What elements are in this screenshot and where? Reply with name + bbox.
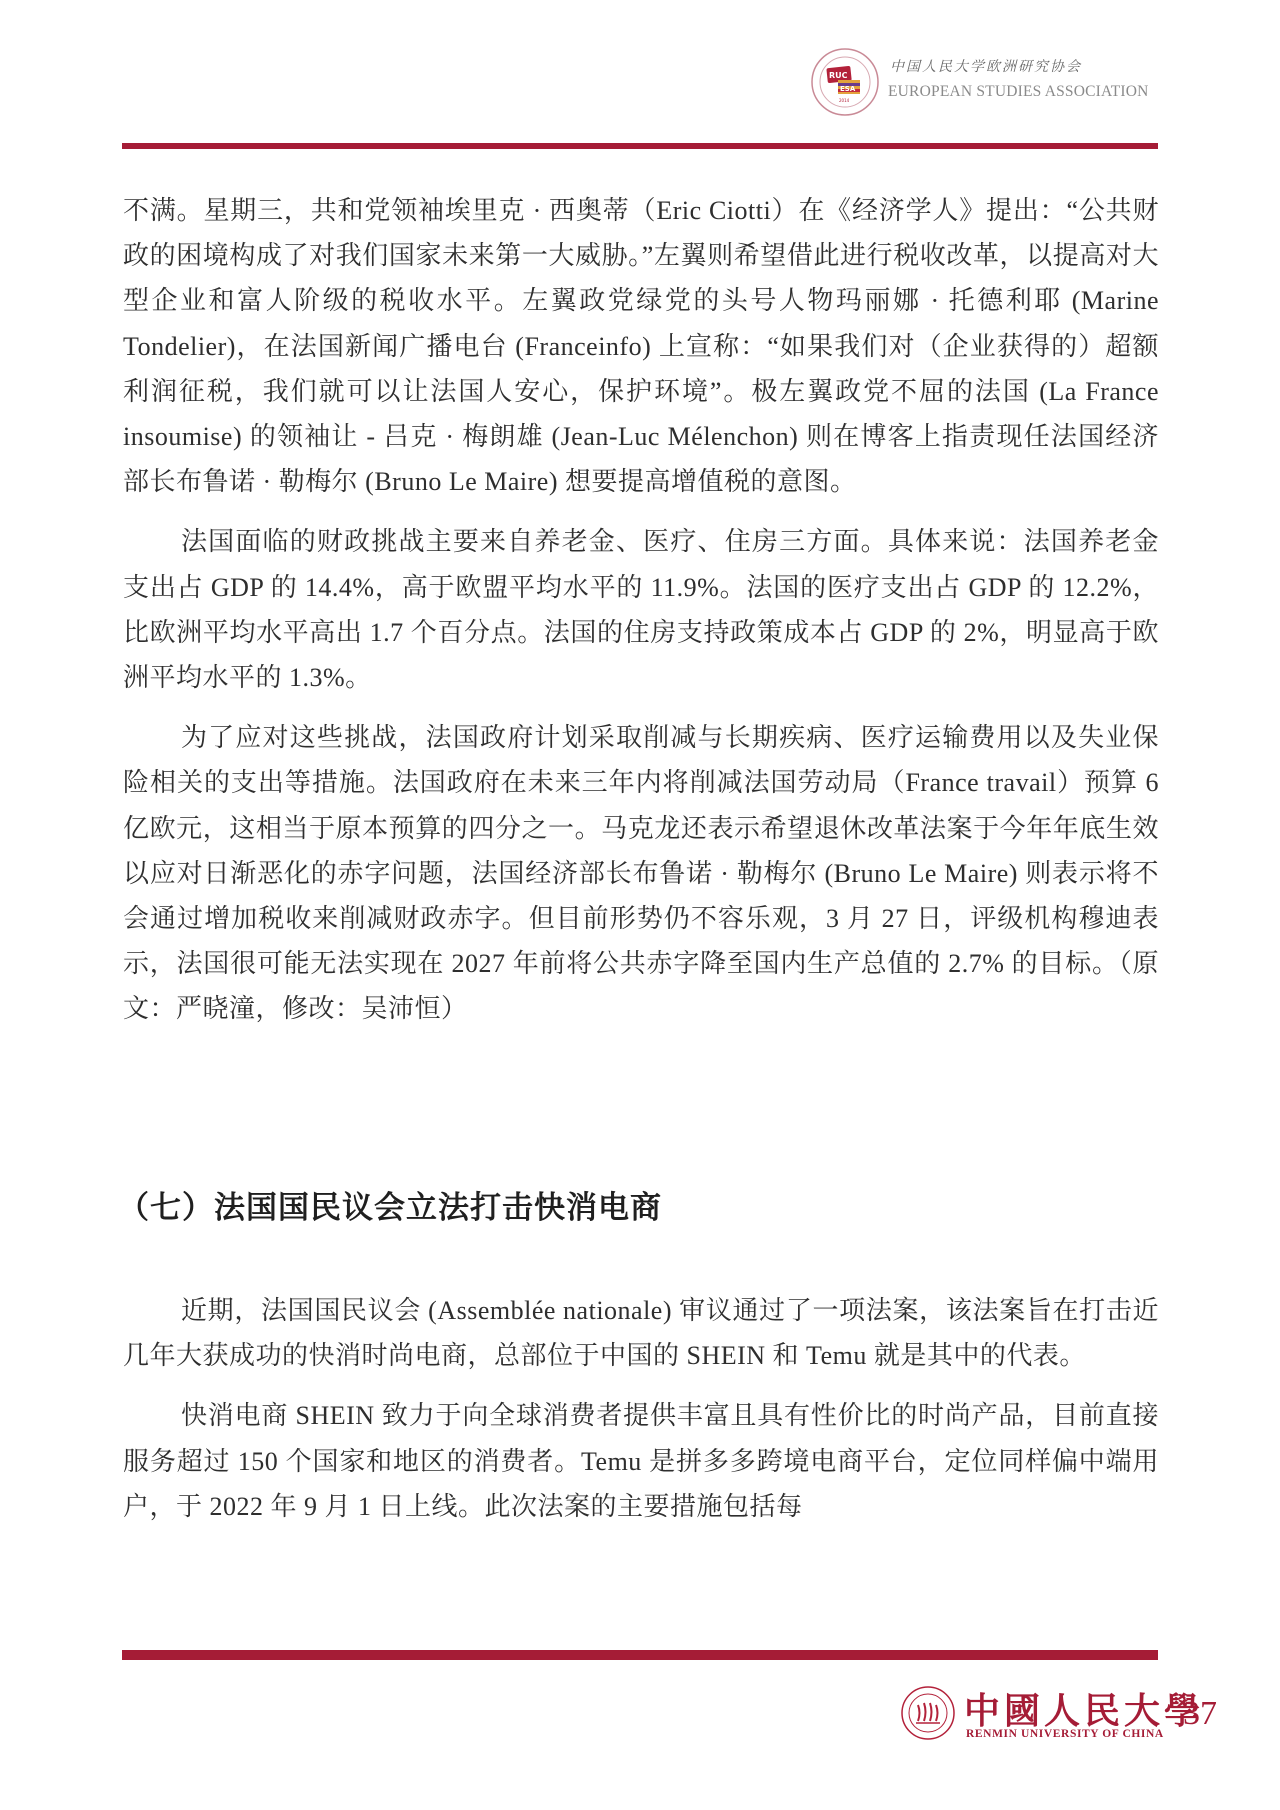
org-name-en: EUROPEAN STUDIES ASSOCIATION xyxy=(888,83,1149,101)
section-title: （七）法国国民议会立法打击快消电商 xyxy=(118,1182,662,1227)
footer-divider xyxy=(122,1650,1158,1660)
university-name-cn: 中國人民大學 xyxy=(964,1683,1204,1734)
svg-text:RUC: RUC xyxy=(829,71,848,80)
university-name-en: RENMIN UNIVERSITY OF CHINA xyxy=(966,1728,1164,1740)
header-divider xyxy=(122,143,1158,149)
svg-text:2014: 2014 xyxy=(839,98,850,103)
university-seal-icon xyxy=(900,1685,956,1741)
paragraph: 法国面临的财政挑战主要来自养老金、医疗、住房三方面。具体来说：法国养老金支出占 … xyxy=(123,519,1159,700)
page-number: 37 xyxy=(1183,1695,1217,1733)
paragraph: 不满。星期三，共和党领袖埃里克 · 西奥蒂（Eric Ciotti）在《经济学人… xyxy=(123,188,1159,504)
paragraph: 快消电商 SHEIN 致力于向全球消费者提供丰富且具有性价比的时尚产品，目前直接… xyxy=(123,1393,1159,1529)
org-name-cn: 中国人民大学欧洲研究协会 xyxy=(890,56,1082,76)
paragraph: 为了应对这些挑战，法国政府计划采取削减与长期疾病、医疗运输费用以及失业保险相关的… xyxy=(123,715,1159,1031)
paragraph: 近期，法国国民议会 (Assemblée nationale) 审议通过了一项法… xyxy=(123,1288,1159,1378)
svg-text:ESA: ESA xyxy=(840,85,856,93)
esa-logo-icon: RUC ESA 2014 xyxy=(810,47,880,117)
article-body: 不满。星期三，共和党领袖埃里克 · 西奥蒂（Eric Ciotti）在《经济学人… xyxy=(123,188,1159,1032)
section-body: 近期，法国国民议会 (Assemblée nationale) 审议通过了一项法… xyxy=(123,1288,1159,1529)
